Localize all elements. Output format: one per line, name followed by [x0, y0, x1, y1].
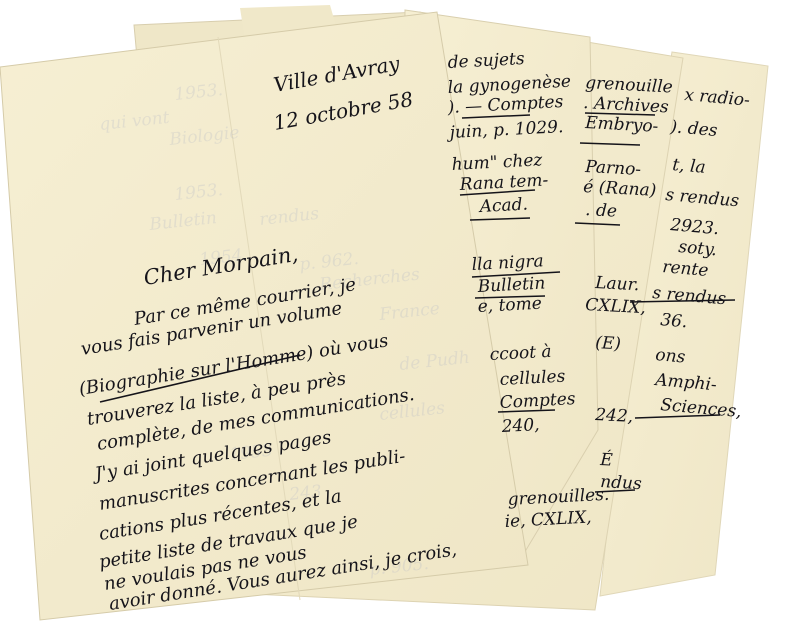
svg-text:36.: 36. — [660, 310, 689, 332]
svg-text:É: É — [599, 449, 614, 471]
svg-text:rente: rente — [662, 257, 710, 281]
letters-photo: 1953. qui vont Biologie 1953. Bulletin r… — [0, 0, 800, 627]
svg-text:Acad.: Acad. — [477, 194, 528, 217]
svg-text:t, la: t, la — [672, 155, 707, 178]
svg-text:240,: 240, — [500, 415, 540, 437]
svg-text:ccoot à: ccoot à — [489, 342, 552, 365]
paper-stack: 1953. qui vont Biologie 1953. Bulletin r… — [0, 0, 800, 627]
svg-text:é (Rana): é (Rana) — [583, 177, 657, 201]
svg-text:242,: 242, — [594, 405, 634, 427]
svg-text:cellules: cellules — [499, 367, 566, 390]
svg-text:CXLIX,: CXLIX, — [585, 295, 647, 318]
svg-text:Laur.: Laur. — [594, 273, 640, 295]
svg-text:de sujets: de sujets — [447, 49, 525, 73]
svg-text:lla nigra: lla nigra — [471, 251, 544, 275]
svg-text:(E): (E) — [595, 333, 622, 354]
svg-text:Embryo-: Embryo- — [584, 113, 659, 137]
svg-text:Comptes: Comptes — [499, 389, 576, 413]
svg-text:Parno-: Parno- — [584, 157, 642, 180]
svg-text:soty.: soty. — [678, 237, 718, 260]
svg-text:). des: ). des — [669, 117, 719, 141]
svg-text:ons: ons — [655, 345, 687, 368]
svg-text:. de: . de — [585, 200, 618, 222]
